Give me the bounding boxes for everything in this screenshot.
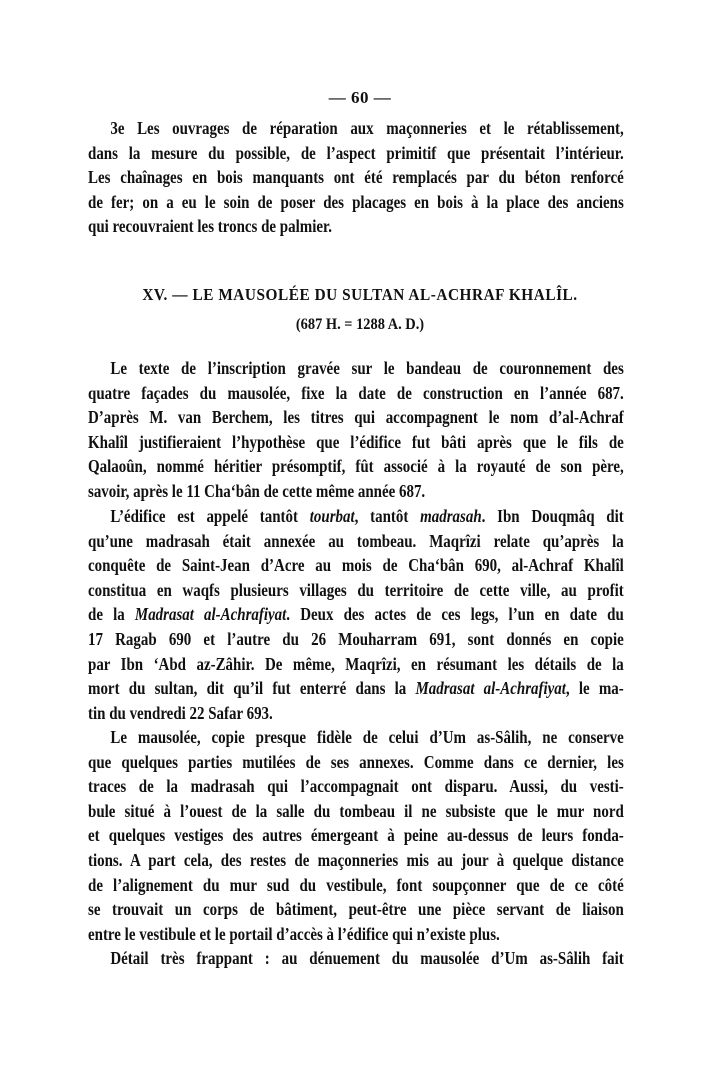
page-number: — 60 — bbox=[0, 88, 720, 108]
text-run: L’édifice est appelé tantôt bbox=[110, 506, 309, 526]
text-line: qui recouvraient les troncs de palmier. bbox=[88, 214, 624, 239]
paragraph-edifice-names: L’édifice est appelé tantôt tourbat, tan… bbox=[88, 504, 624, 725]
text-line: tin du vendredi 22 Safar 693. bbox=[88, 701, 624, 726]
paragraph-inscription: Le texte de l’inscription gravée sur le … bbox=[88, 356, 624, 504]
paragraph-striking-detail: Détail très frappant : au dénuement du m… bbox=[88, 946, 624, 971]
text-line: tions. A part cela, des restes de maçonn… bbox=[88, 848, 624, 873]
paragraph-mausoleum-annexes: Le mausolée, copie presque fidèle de cel… bbox=[88, 725, 624, 946]
text-line: 3e Les ouvrages de réparation aux maçonn… bbox=[88, 116, 624, 141]
text-line: que quelques parties mutilées de ses ann… bbox=[88, 750, 624, 775]
chapter-date: (687 H. = 1288 A. D.) bbox=[36, 316, 684, 334]
text-line: entre le vestibule et le portail d’accès… bbox=[88, 922, 624, 947]
text-line: de l’alignement du mur sud du vestibule,… bbox=[88, 873, 624, 898]
text-line: Détail très frappant : au dénuement du m… bbox=[88, 946, 624, 971]
text-line: de la Madrasat al-Achrafiyat. Deux des a… bbox=[88, 602, 624, 627]
text-line: qu’une madrasah était annexée au tombeau… bbox=[88, 529, 624, 554]
text-line: mort du sultan, dit qu’il fut enterré da… bbox=[88, 676, 624, 701]
text-line: par Ibn ‘Abd az-Zâhir. De même, Maqrîzi,… bbox=[88, 652, 624, 677]
text-line: conquête de Saint-Jean d’Acre au mois de… bbox=[88, 553, 624, 578]
chapter-title: XV. — LE MAUSOLÉE DU SULTAN AL-ACHRAF KH… bbox=[36, 285, 684, 305]
text-line: savoir, après le 11 Cha‘bân de cette mêm… bbox=[88, 479, 624, 504]
text-run: mort du sultan, dit qu’il fut enterré da… bbox=[88, 678, 415, 698]
text-line: et quelques vestiges des autres émergean… bbox=[88, 823, 624, 848]
text-line: dans la mesure du possible, de l’aspect … bbox=[88, 141, 624, 166]
text-line: constitua en waqfs plusieurs villages du… bbox=[88, 578, 624, 603]
text-line: Le mausolée, copie presque fidèle de cel… bbox=[88, 725, 624, 750]
text-line: se trouvait un corps de bâtiment, peut-ê… bbox=[88, 897, 624, 922]
text-run: . Ibn Douqmâq dit bbox=[482, 506, 624, 526]
text-line: bule situé à l’ouest de la salle du tomb… bbox=[88, 799, 624, 824]
text-run: , le ma- bbox=[566, 678, 624, 698]
text-run: . Deux des actes de ces legs, l’un en da… bbox=[286, 604, 623, 624]
text-line: Khalîl justifieraient l’hypothèse que l’… bbox=[88, 430, 624, 455]
italic-term: madrasah bbox=[420, 506, 482, 526]
italic-term: Madrasat al-Achrafiyat bbox=[135, 604, 286, 624]
italic-term: tourbat bbox=[310, 506, 355, 526]
text-line: D’après M. van Berchem, les titres qui a… bbox=[88, 405, 624, 430]
text-line: Le texte de l’inscription gravée sur le … bbox=[88, 356, 624, 381]
text-line: 17 Ragab 690 et l’autre du 26 Mouharram … bbox=[88, 627, 624, 652]
italic-term: Madrasat al-Achrafiyat bbox=[415, 678, 565, 698]
text-line: Qalaoûn, nommé héritier présomptif, fût … bbox=[88, 454, 624, 479]
text-line: de fer; on a eu le soin de poser des pla… bbox=[88, 190, 624, 215]
text-run: , tantôt bbox=[355, 506, 420, 526]
text-line: Les chaînages en bois manquants ont été … bbox=[88, 165, 624, 190]
text-line: L’édifice est appelé tantôt tourbat, tan… bbox=[88, 504, 624, 529]
text-run: de la bbox=[88, 604, 135, 624]
section-top-text: 3e Les ouvrages de réparation aux maçonn… bbox=[88, 116, 624, 239]
text-line: traces de la madrasah qui l’accompagnait… bbox=[88, 774, 624, 799]
text-line: quatre façades du mausolée, fixe la date… bbox=[88, 381, 624, 406]
